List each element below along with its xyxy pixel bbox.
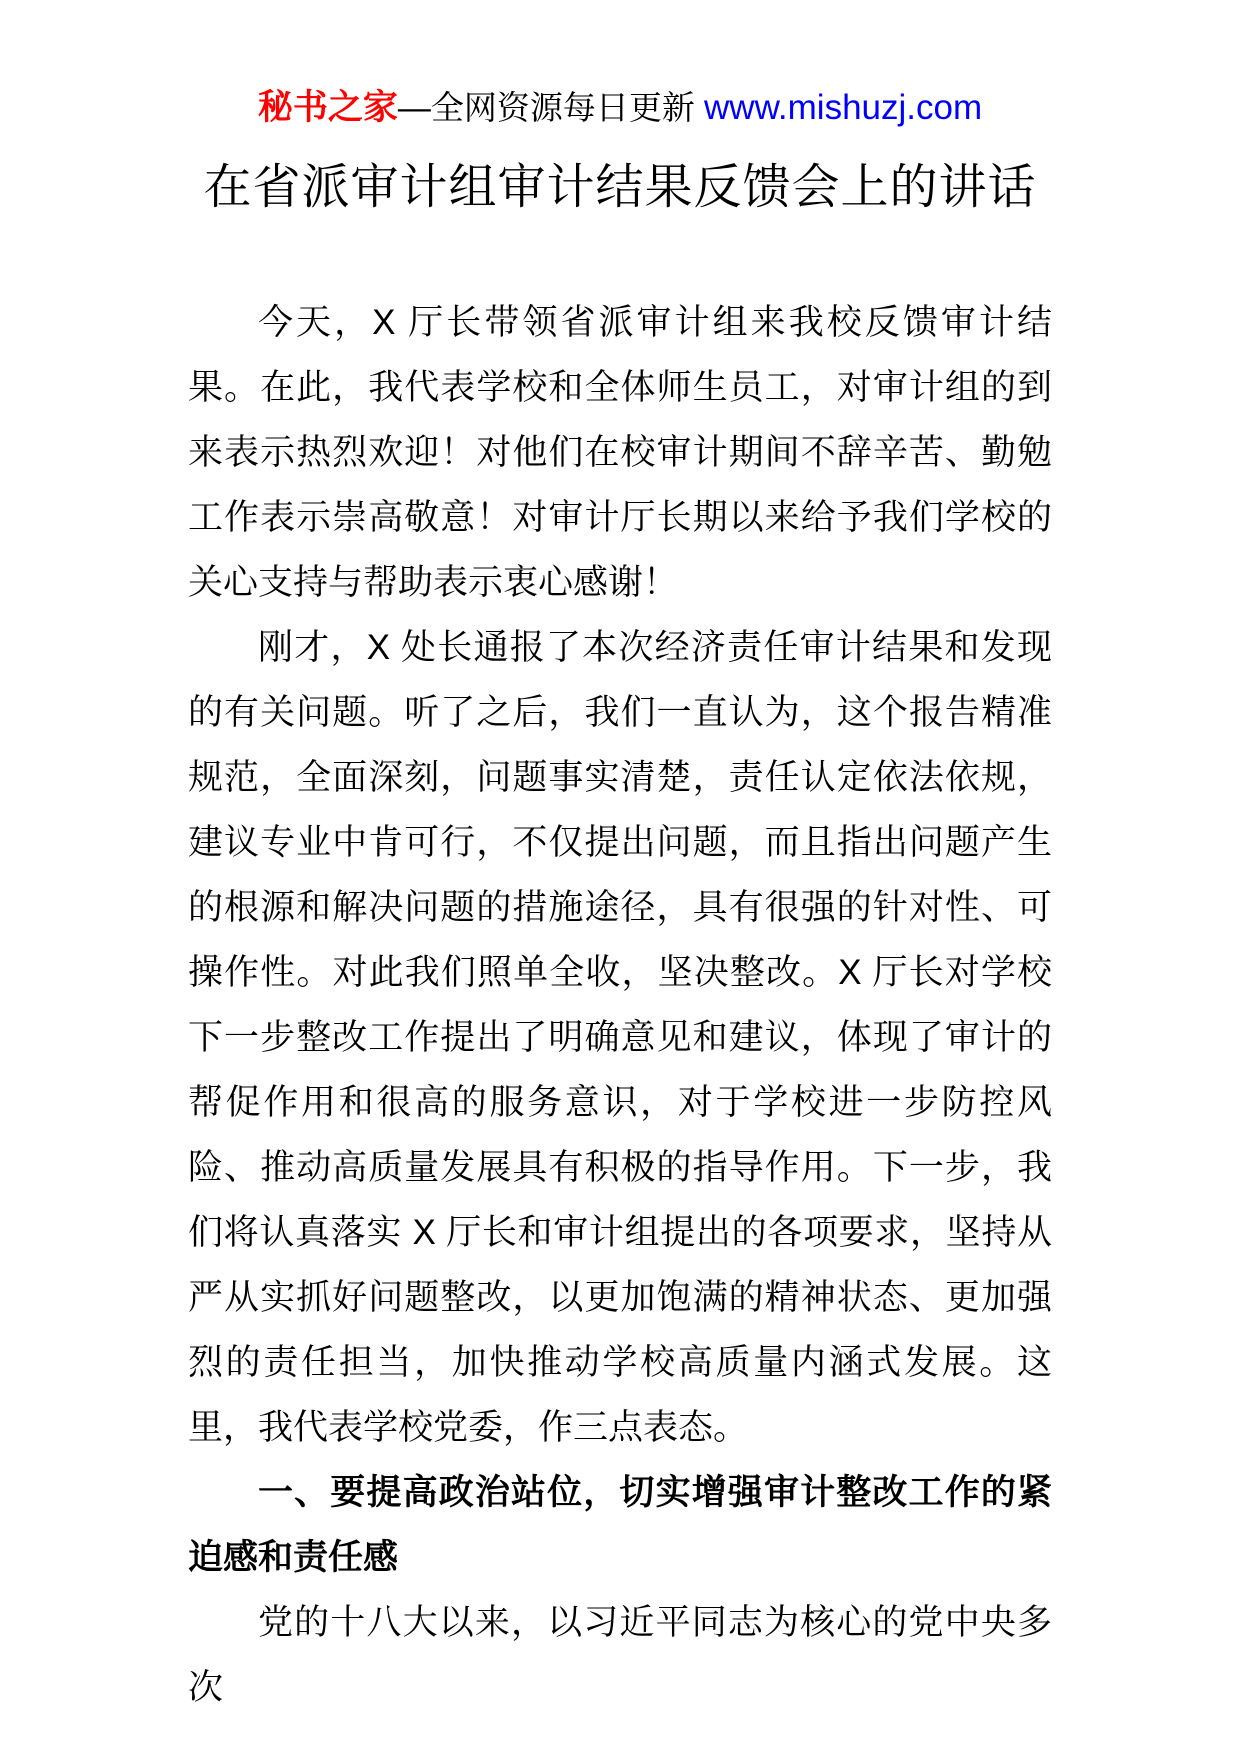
document-title: 在省派审计组审计结果反馈会上的讲话	[0, 158, 1240, 218]
paragraph-audit-report-response: 刚才，X 处长通报了本次经济责任审计结果和发现的有关问题。听了之后，我们一直认为…	[188, 615, 1052, 1460]
document-body: 今天，X 厅长带领省派审计组来我校反馈审计结果。在此，我代表学校和全体师生员工，…	[188, 290, 1052, 1720]
section-heading-1: 一、要提高政治站位，切实增强审计整改工作的紧迫感和责任感	[188, 1460, 1052, 1590]
header-dash: —	[398, 89, 431, 126]
paragraph-party-central: 党的十八大以来，以习近平同志为核心的党中央多次	[188, 1590, 1052, 1720]
site-header: 秘书之家—全网资源每日更新 www.mishuzj.com	[0, 0, 1240, 132]
site-tagline-text: 全网资源每日更新	[431, 89, 704, 126]
site-url-link[interactable]: www.mishuzj.com	[704, 88, 982, 127]
document-page: 秘书之家—全网资源每日更新 www.mishuzj.com 在省派审计组审计结果…	[0, 0, 1240, 1754]
paragraph-greeting: 今天，X 厅长带领省派审计组来我校反馈审计结果。在此，我代表学校和全体师生员工，…	[188, 290, 1052, 615]
site-brand-text: 秘书之家	[258, 88, 398, 127]
